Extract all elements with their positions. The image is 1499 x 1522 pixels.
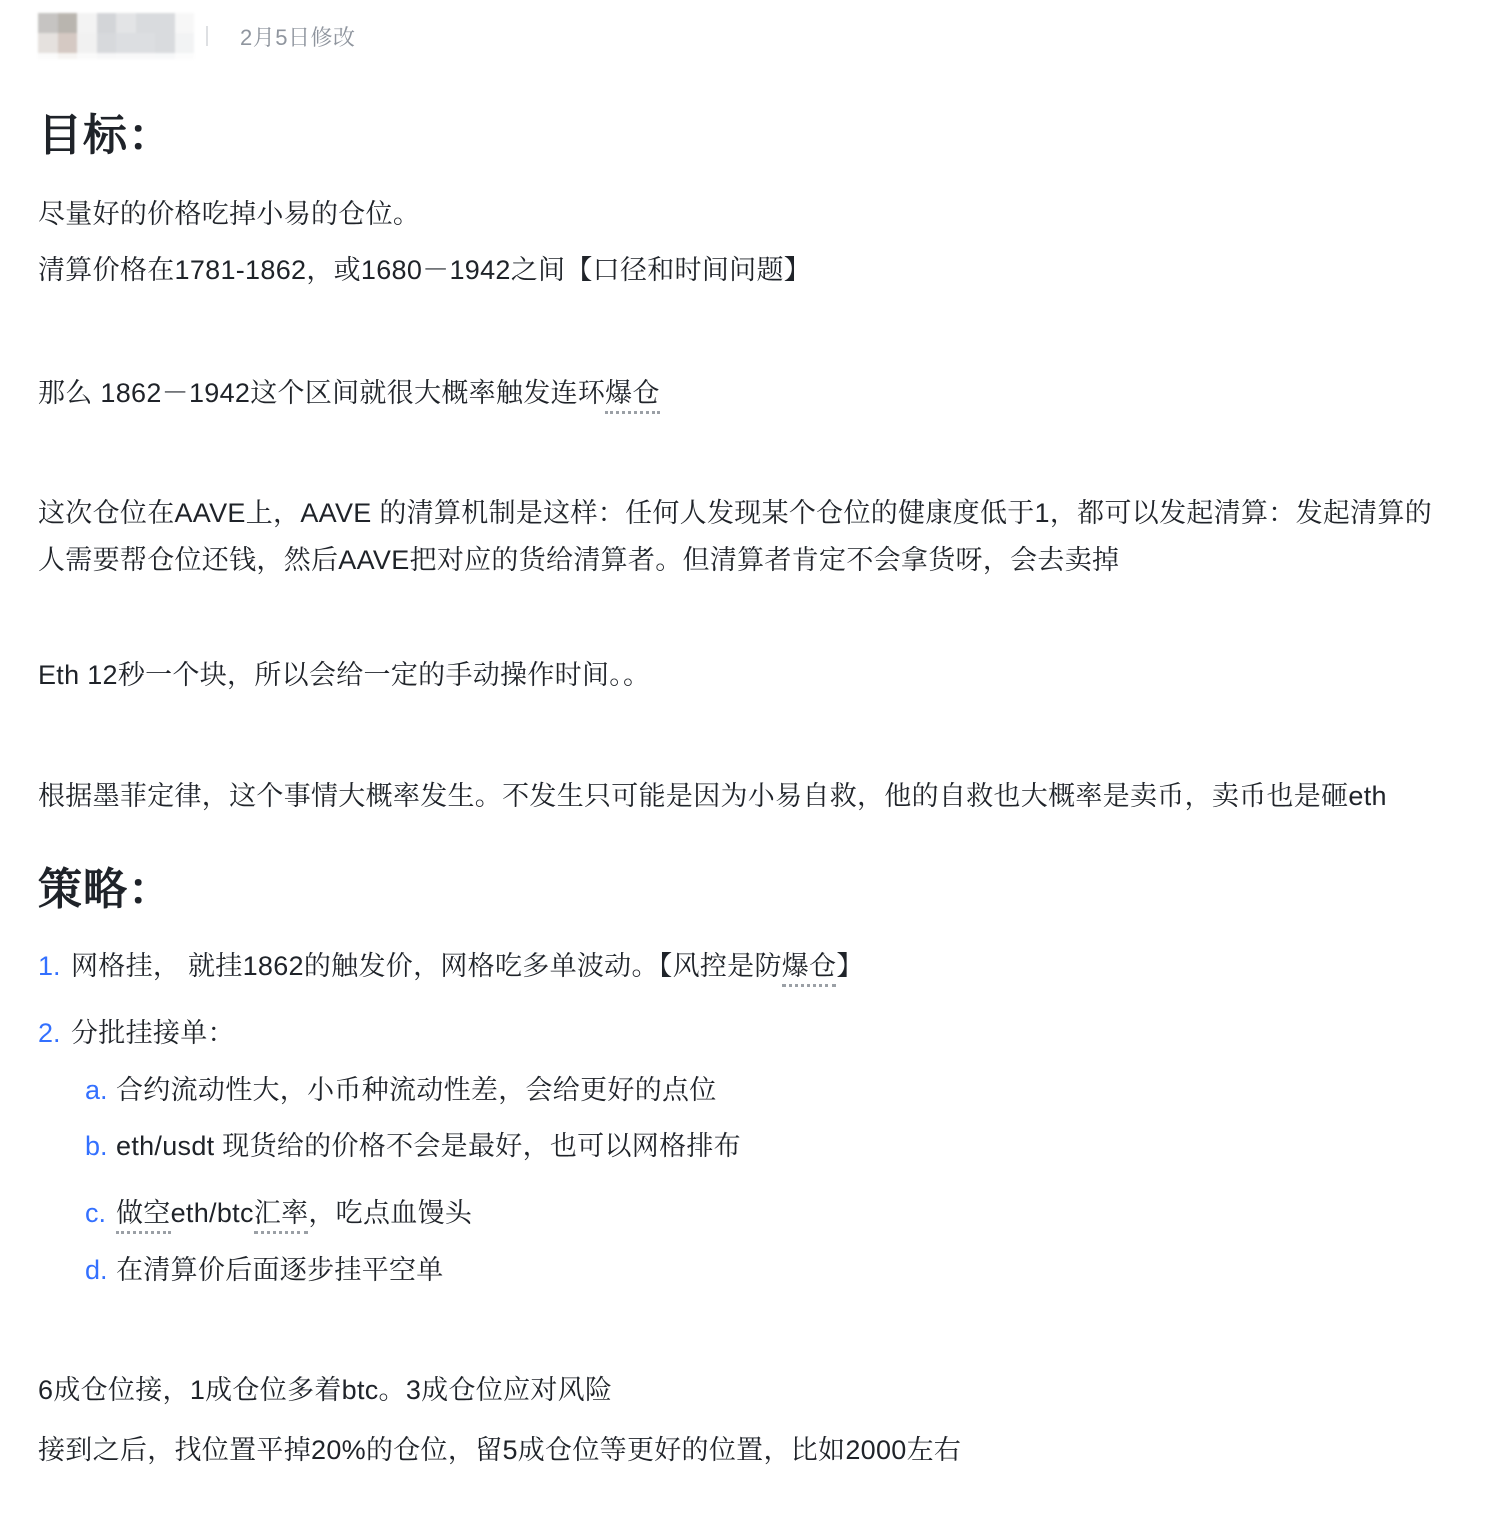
goal-paragraph-1: 尽量好的价格吃掉小易的仓位。 [38,191,420,238]
strategy-heading: 策略： [38,862,173,918]
goal-paragraph-6: 根据墨菲定律，这个事情大概率发生。不发生只可能是因为小易自救，他的自救也大概率是… [38,773,1498,820]
strategy-sub-item-c-mid: eth/btc [171,1198,254,1228]
strategy-item-1-prefix: 网格挂， 就挂1862的触发价，网格吃多单波动。【风控是防 [71,951,782,981]
goal-paragraph-4: 这次仓位在AAVE上，AAVE 的清算机制是这样：任何人发现某个仓位的健康度低于… [38,490,1498,584]
strategy-item-2: 2. 分批挂接单： [38,1010,235,1057]
strategy-sub-item-d: d. 在清算价后面逐步挂平空单 [85,1247,444,1294]
mosaic-cell [136,13,156,33]
goal-paragraph-4-line2: 人需要帮仓位还钱，然后AAVE把对应的货给清算者。但清算者肯定不会拿货呀，会去卖… [38,537,1498,584]
spellcheck-underline: 做空 [116,1198,171,1234]
mosaic-cell [175,13,195,33]
spellcheck-underline: 爆仓 [605,378,660,414]
footer-paragraph-1: 6成仓位接，1成仓位多着btc。3成仓位应对风险 [38,1367,612,1414]
mosaic-cell [58,13,78,33]
mosaic-cell [58,33,78,53]
mosaic-cell [77,53,97,59]
mosaic-cell [97,33,117,53]
strategy-item-1-suffix: 】 [836,951,863,981]
mosaic-cell [38,53,58,59]
strategy-sub-item-a: a. 合约流动性大，小币种流动性差，会给更好的点位 [85,1067,717,1114]
goal-paragraph-3-text: 那么 1862－1942这个区间就很大概率触发连环 [38,378,605,408]
goal-paragraph-2: 清算价格在1781-1862，或1680－1942之间【口径和时间问题】 [38,247,811,294]
mosaic-cell [136,33,156,53]
mosaic-cell [116,33,136,53]
mosaic-cell [38,33,58,53]
doc-header: 2月5日修改 [38,13,355,59]
goal-paragraph-4-line1: 这次仓位在AAVE上，AAVE 的清算机制是这样：任何人发现某个仓位的健康度低于… [38,490,1498,537]
list-letter: d. [85,1247,116,1294]
mosaic-cell [136,53,156,59]
strategy-sub-item-d-text: 在清算价后面逐步挂平空单 [116,1247,444,1294]
goal-paragraph-5: Eth 12秒一个块，所以会给一定的手动操作时间。。 [38,652,650,699]
mosaic-cell [97,13,117,33]
strategy-sub-item-c-suffix: ，吃点血馒头 [308,1198,472,1228]
mosaic-cell [77,13,97,33]
mosaic-cell [116,13,136,33]
mosaic-cell [58,53,78,59]
mosaic-cell [155,53,175,59]
strategy-sub-item-a-text: 合约流动性大，小币种流动性差，会给更好的点位 [116,1067,717,1114]
spellcheck-underline: 汇率 [254,1198,309,1234]
strategy-sub-item-c-text: 做空eth/btc汇率，吃点血馒头 [116,1190,472,1237]
mosaic-cell [116,53,136,59]
strategy-sub-item-c: c. 做空eth/btc汇率，吃点血馒头 [85,1190,472,1237]
strategy-item-1-text: 网格挂， 就挂1862的触发价，网格吃多单波动。【风控是防爆仓】 [71,943,864,990]
modified-date: 2月5日修改 [240,21,355,52]
list-number: 1. [38,943,71,990]
strategy-sub-item-b: b. eth/usdt 现货给的价格不会是最好，也可以网格排布 [85,1123,741,1170]
footer-paragraph-2: 接到之后，找位置平掉20%的仓位，留5成仓位等更好的位置，比如2000左右 [38,1427,961,1474]
author-name-redacted [38,13,194,59]
list-letter: c. [85,1190,116,1237]
goal-heading: 目标： [38,108,173,164]
list-number: 2. [38,1010,71,1057]
mosaic-cell [97,53,117,59]
mosaic-cell [77,33,97,53]
goal-paragraph-3: 那么 1862－1942这个区间就很大概率触发连环爆仓 [38,370,660,417]
mosaic-cell [175,33,195,53]
strategy-item-1: 1. 网格挂， 就挂1862的触发价，网格吃多单波动。【风控是防爆仓】 [38,943,864,990]
spellcheck-underline: 爆仓 [782,951,837,987]
list-letter: a. [85,1067,116,1114]
strategy-sub-item-b-text: eth/usdt 现货给的价格不会是最好，也可以网格排布 [116,1123,741,1170]
header-divider [206,26,208,46]
list-letter: b. [85,1123,116,1170]
mosaic-cell [175,53,195,59]
mosaic-cell [155,33,175,53]
mosaic-cell [38,13,58,33]
mosaic-cell [155,13,175,33]
strategy-item-2-text: 分批挂接单： [71,1010,235,1057]
